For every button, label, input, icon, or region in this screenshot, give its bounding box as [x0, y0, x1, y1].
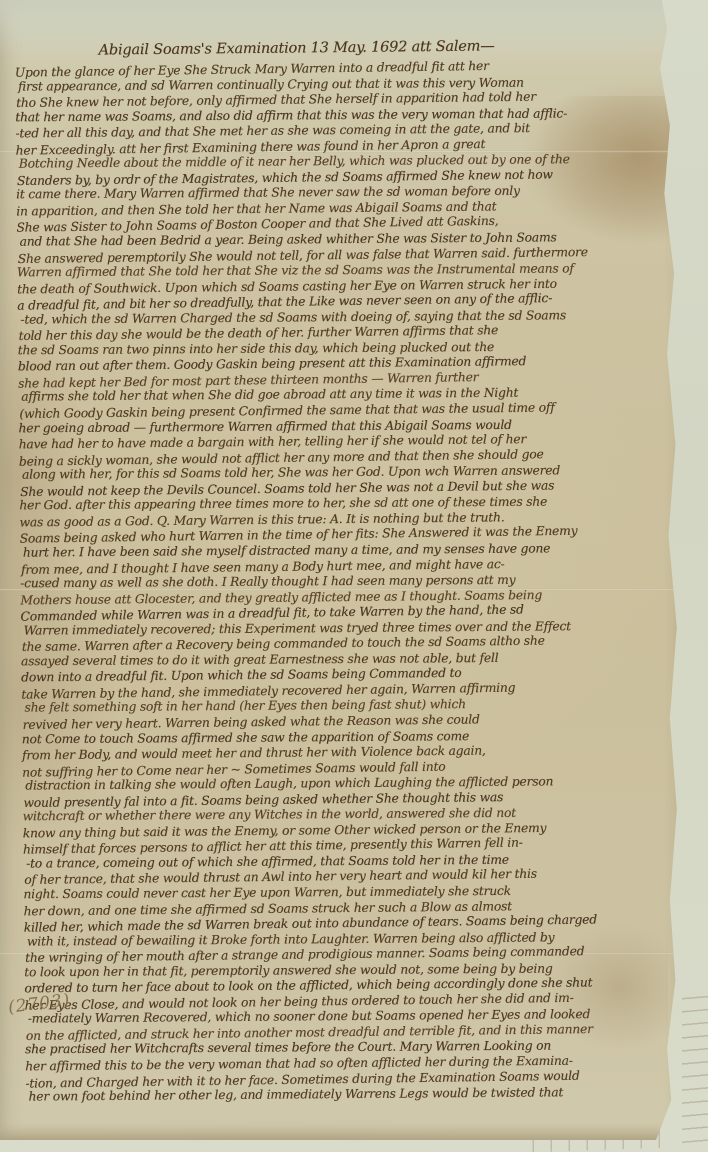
- manuscript-text: Abigail Soams's Examination 13 May. 1692…: [14, 35, 671, 1106]
- backing-sheet-writing-marks: [682, 992, 708, 1152]
- manuscript-photo: Abigail Soams's Examination 13 May. 1692…: [0, 0, 708, 1152]
- manuscript-sheet: Abigail Soams's Examination 13 May. 1692…: [0, 0, 692, 1140]
- manuscript-lines: Upon the glance of her Eye She Struck Ma…: [15, 58, 672, 1106]
